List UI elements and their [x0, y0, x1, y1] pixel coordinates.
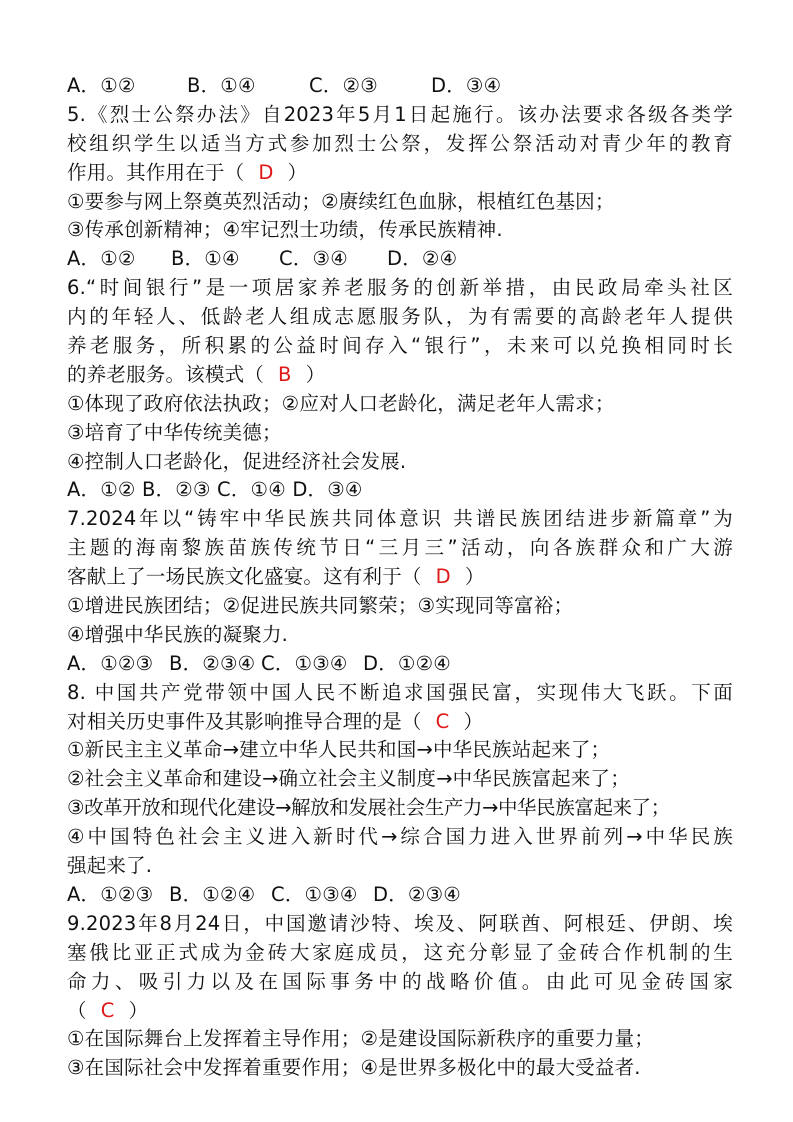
question-5: 5.《烈士公祭办法》自2023年5月1日起施行。该办法要求各级各类学 校组织学生… — [67, 101, 733, 274]
q6-stem-end: 的养老服务。该模式（B） — [67, 361, 733, 390]
question-9: 9.2023年8月24日，中国邀请沙特、埃及、阿联酋、阿根廷、伊朗、埃 塞俄比亚… — [67, 910, 733, 1083]
q6-stem-line-3: 养老服务，所积累的公益时间存入“银行”，未来可以兑换相同时长 — [67, 332, 733, 361]
q8-statement-3: ③改革开放和现代化建设→解放和发展社会生产力→中华民族富起来了； — [67, 794, 733, 823]
q6-statement-2: ③培育了中华传统美德； — [67, 419, 733, 448]
q7-options: A．①②③ B．②③④ C．①③④ D．①②④ — [67, 650, 733, 679]
q5-option-c: C．③④ — [279, 245, 387, 274]
q5-stem-end-text: 作用。其作用在于（ — [67, 161, 244, 184]
q5-statement-2: ③传承创新精神；④牢记烈士功绩，传承民族精神. — [67, 216, 733, 245]
q8-close-paren: ） — [463, 710, 483, 733]
q8-stem-end: 对相关历史事件及其影响推导合理的是（C） — [67, 708, 733, 737]
q6-stem-end-text: 的养老服务。该模式（ — [67, 363, 264, 386]
q6-answer: B — [264, 361, 306, 390]
question-7: 7.2024年以“铸牢中华民族共同体意识 共谱民族团结进步新篇章”为 主题的海南… — [67, 505, 733, 678]
q7-stem-line-2: 主题的海南黎族苗族传统节日“三月三”活动，向各族群众和广大游 — [67, 534, 733, 563]
q8-stem-end-text: 对相关历史事件及其影响推导合理的是（ — [67, 710, 422, 733]
q5-stem-line-1: 5.《烈士公祭办法》自2023年5月1日起施行。该办法要求各级各类学 — [67, 101, 733, 130]
q6-statement-3: ④控制人口老龄化，促进经济社会发展. — [67, 448, 733, 477]
q7-option-d: D．①②④ — [363, 650, 451, 679]
q7-stem-end: 客献上了一场民族文化盛宴。这有利于（D） — [67, 563, 733, 592]
q8-option-d: D．②③④ — [373, 881, 461, 910]
q9-stem-line-3: 命力、吸引力以及在国际事务中的战略价值。由此可见金砖国家 — [67, 968, 733, 997]
q8-statement-4-cont: 强起来了. — [67, 852, 733, 881]
q7-answer: D — [422, 563, 465, 592]
question-6: 6.“时间银行”是一项居家养老服务的创新举措，由民政局牵头社区 内的年轻人、低龄… — [67, 274, 733, 505]
q9-statement-2: ③在国际社会中发挥着重要作用；④是世界多极化中的最大受益者. — [67, 1054, 733, 1083]
q9-stem-line-2: 塞俄比亚正式成为金砖大家庭成员，这充分彰显了金砖合作机制的生 — [67, 939, 733, 968]
q8-statement-2: ②社会主义革命和建设→确立社会主义制度→中华民族富起来了； — [67, 765, 733, 794]
q7-option-b: B．②③④ — [169, 650, 261, 679]
q6-close-paren: ） — [306, 363, 326, 386]
q6-stem-line-2: 内的年轻人、低龄老人组成志愿服务队，为有需要的高龄老年人提供 — [67, 303, 733, 332]
q9-stem-end-text: （ — [67, 999, 87, 1022]
q8-options: A．①②③ B．①②④ C．①③④ D．②③④ — [67, 881, 733, 910]
q4-option-d: D．③④ — [431, 72, 501, 101]
q9-answer: C — [87, 997, 129, 1026]
q8-stem-line-1: 8. 中国共产党带领中国人民不断追求国强民富，实现伟大飞跃。下面 — [67, 679, 733, 708]
q6-options: A．①② B．②③ C．①④ D．③④ — [67, 476, 733, 505]
q7-stem-line-1: 7.2024年以“铸牢中华民族共同体意识 共谱民族团结进步新篇章”为 — [67, 505, 733, 534]
q7-close-paren: ） — [465, 565, 485, 588]
q7-option-a: A．①②③ — [67, 650, 169, 679]
q9-close-paren: ） — [129, 999, 149, 1022]
q5-options: A．①② B．①④ C．③④ D．②④ — [67, 245, 733, 274]
q6-stem-line-1: 6.“时间银行”是一项居家养老服务的创新举措，由民政局牵头社区 — [67, 274, 733, 303]
q9-statement-1: ①在国际舞台上发挥着主导作用；②是建设国际新秩序的重要力量； — [67, 1025, 733, 1054]
q4-option-a: A．①② — [67, 72, 187, 101]
q8-option-a: A．①②③ — [67, 881, 169, 910]
q5-statement-1: ①要参与网上祭奠英烈活动；②赓续红色血脉，根植红色基因； — [67, 188, 733, 217]
q8-statement-4: ④中国特色社会主义进入新时代→综合国力进入世界前列→中华民族 — [67, 823, 733, 852]
q5-stem-end: 作用。其作用在于（D） — [67, 159, 733, 188]
q5-close-paren: ） — [288, 161, 308, 184]
q5-option-d: D．②④ — [387, 245, 457, 274]
q8-statement-1: ①新民主主义革命→建立中华人民共和国→中华民族站起来了； — [67, 736, 733, 765]
exam-page: A．①② B．①④ C．②③ D．③④ 5.《烈士公祭办法》自2023年5月1日… — [67, 72, 733, 1083]
q8-option-c: C．①③④ — [271, 881, 373, 910]
q5-option-b: B．①④ — [171, 245, 279, 274]
q7-stem-end-text: 客献上了一场民族文化盛宴。这有利于（ — [67, 565, 422, 588]
q4-option-c: C．②③ — [309, 72, 431, 101]
q8-option-b: B．①②④ — [169, 881, 271, 910]
q7-option-c: C．①③④ — [261, 650, 363, 679]
q4-options: A．①② B．①④ C．②③ D．③④ — [67, 72, 733, 101]
q9-stem-line-1: 9.2023年8月24日，中国邀请沙特、埃及、阿联酋、阿根廷、伊朗、埃 — [67, 910, 733, 939]
q9-stem-end: （C） — [67, 997, 733, 1026]
q7-statement-2: ④增强中华民族的凝聚力. — [67, 621, 733, 650]
q5-answer: D — [244, 159, 287, 188]
question-8: 8. 中国共产党带领中国人民不断追求国强民富，实现伟大飞跃。下面 对相关历史事件… — [67, 679, 733, 910]
q4-option-b: B．①④ — [187, 72, 309, 101]
q7-statement-1: ①增进民族团结；②促进民族共同繁荣；③实现同等富裕； — [67, 592, 733, 621]
q6-statement-1: ①体现了政府依法执政；②应对人口老龄化，满足老年人需求； — [67, 390, 733, 419]
q5-option-a: A．①② — [67, 245, 171, 274]
q5-stem-line-2: 校组织学生以适当方式参加烈士公祭，发挥公祭活动对青少年的教育 — [67, 130, 733, 159]
q8-answer: C — [422, 708, 464, 737]
